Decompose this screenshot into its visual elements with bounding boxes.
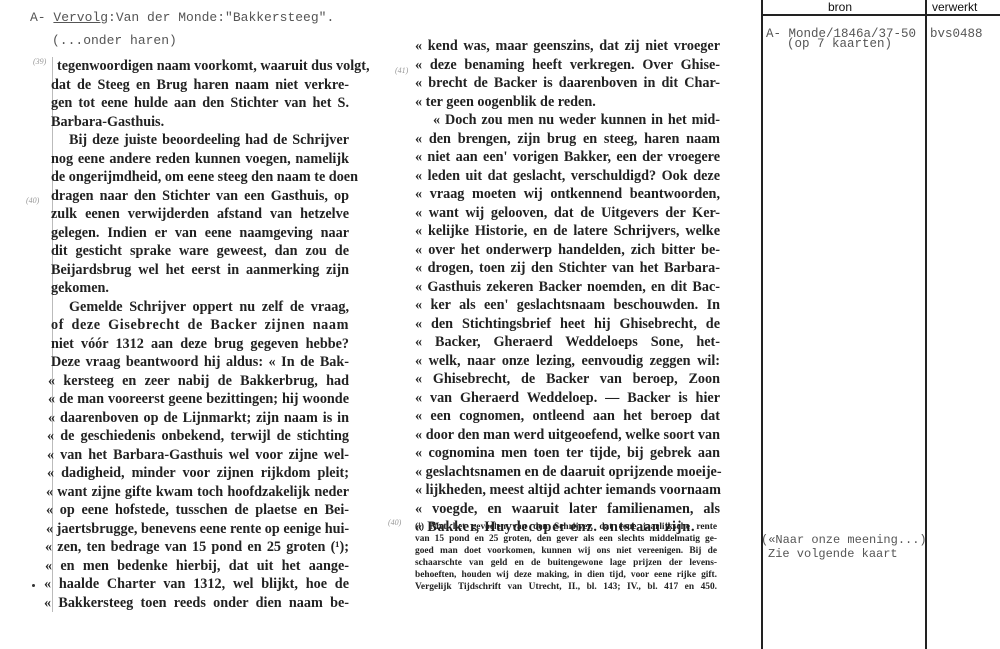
text-line: dit gesticht sprake ware geweest, dan zo…: [51, 242, 349, 261]
scan-speck: [32, 584, 35, 587]
text-line: « jaertsbrugge, benevens eene rente op e…: [46, 520, 349, 539]
text-line: « de man vooreerst geene bezittingen; hi…: [48, 390, 349, 409]
bron-card-count: (op 7 kaarten): [787, 39, 892, 50]
title-vervolg: Vervolg: [53, 10, 108, 25]
text-line: Barbara-Gasthuis.: [51, 113, 349, 132]
text-line: Gemelde Schrijver oppert nu zelf de vraa…: [51, 298, 349, 317]
text-line: « van Gheraerd Weddeloep. — Backer is hi…: [415, 389, 720, 408]
table-divider-right: [925, 0, 927, 649]
continuation-note: («Naar onze meening...): [761, 533, 927, 547]
text-line: « en men bedenke hierbij, dat uit het aa…: [45, 557, 349, 576]
text-line: Deze vraag beantwoord hij aldus: « In de…: [51, 353, 349, 372]
text-line: Bij deze juiste beoordeeling had de Schr…: [51, 131, 349, 150]
text-line: gekomen.: [51, 279, 349, 298]
text-line: « leden uit dat geslacht, verschuldigd? …: [415, 167, 720, 186]
margin-note-41: (41): [395, 66, 408, 75]
text-line: « een cognomen, ontleend aan het beroep …: [415, 407, 720, 426]
text-line: « cognomina men toen ter tijde, bij gebr…: [415, 444, 720, 463]
text-line: nog eene andere reden kunnen voegen, nam…: [51, 150, 349, 169]
see-next-card-note: Zie volgende kaart: [768, 547, 898, 561]
footnote-line: behoeften, houden wij deze making, in di…: [415, 569, 717, 581]
text-line: zulk eenen verwijderden afstand van hetz…: [51, 205, 349, 224]
text-line: of deze Gisebrecht de Backer zijnen naam: [51, 316, 349, 335]
column-header-bron: bron: [828, 0, 852, 14]
margin-note-40-footnote: (40): [388, 518, 401, 527]
text-line: « dadigheid, minder voor zijnen rijkdom …: [47, 464, 349, 483]
text-line: « ter geen oogenblik de reden.: [415, 93, 720, 112]
text-line: niet vóór 1312 aan deze brug gegeven heb…: [51, 335, 349, 354]
text-line: gelegen. Indien er van eene naamgeving n…: [51, 224, 349, 243]
text-line: « niet aan een' vorigen Bakker, een der …: [415, 148, 720, 167]
text-line: « want wij gelooven, dat de Uitgevers de…: [415, 204, 720, 223]
text-line: « den Stichtingsbrief heet hij Ghisebrec…: [415, 315, 720, 334]
text-line: « daarenboven op de Lijnmarkt; zijn naam…: [48, 409, 349, 428]
text-line: « geslachtsnamen en de daaruit oprijzend…: [415, 463, 720, 482]
footnote-line: schaarschte van geld en de buitengewone …: [415, 557, 717, 569]
text-line: « drogen, toen zij den Stichter van het …: [415, 259, 720, 278]
text-line: « Bakkersteeg toen reeds onder dien naam…: [44, 594, 349, 613]
text-line: « den brengen, zijn brug en steeg, haren…: [415, 130, 720, 149]
text-line: « Ghisebrecht, de Backer van beroep, Zoo…: [415, 370, 720, 389]
table-header-line: [762, 14, 1000, 16]
text-line: « brecht de Backer is daarenboven in dit…: [415, 74, 720, 93]
text-line: dragen naar den Stichter van een Gasthui…: [51, 187, 349, 206]
text-line: « voegde, en waaruit later familienamen,…: [415, 500, 720, 519]
text-line: « van het Barbara-Gasthuis wel voor zijn…: [47, 446, 349, 465]
text-line: « door den man werd uitgeoefend, welke s…: [415, 426, 720, 445]
text-line: « Doch zou men nu weder kunnen in het mi…: [415, 111, 720, 130]
card-title: A- Vervolg:Van der Monde:"Bakkersteeg".: [30, 10, 334, 25]
footnote-line: goed man doet voorkomen, kunnen wij ons …: [415, 545, 717, 557]
text-line: « Backer, Gheraerd Weddeloeps Sone, het-: [415, 333, 720, 352]
text-line: tegenwoordigen naam voorkomt, waaruit du…: [51, 57, 349, 76]
title-text: :Van der Monde:"Bakkersteeg".: [108, 10, 334, 25]
margin-note-40: (40): [26, 196, 39, 205]
table-divider-left: [761, 0, 763, 649]
title-prefix: A-: [30, 10, 53, 25]
scan-left-column: tegenwoordigen naam voorkomt, waaruit du…: [52, 57, 349, 612]
text-line: gen tot eene hulde aan den Stichter van …: [51, 94, 349, 113]
text-line: « over het onderwerp handelden, zich bit…: [415, 241, 720, 260]
text-line: « zen, ten bedrage van 15 pond en 25 gro…: [45, 538, 349, 557]
text-line: « lijkheden, meest altijd achter iemands…: [415, 481, 720, 500]
text-line: « haalde Charter van 1312, wel blijkt, h…: [44, 575, 349, 594]
text-line: « ker als een' geslachtsnaam beschouwden…: [415, 296, 720, 315]
text-line: « deze benaming heeft verkregen. Over Gh…: [415, 56, 720, 75]
text-line: « de geschiedenis onbekend, terwijl de s…: [47, 427, 349, 446]
text-line: de ongerijmdheid, om eene steeg den naam…: [51, 168, 349, 187]
text-line: dat de Steeg en Brug haren naam niet ver…: [51, 76, 349, 95]
text-line: « vraag moeten wij ontkennend beantwoord…: [415, 185, 720, 204]
footnote-line: van 15 pond en 25 groten, den gever als …: [415, 533, 717, 545]
footnote-line: (¹) Met het gevoelen van den Schrijver, …: [415, 521, 717, 533]
text-line: « op eene hofstede, tusschen de plaetse …: [46, 501, 349, 520]
text-line: « Gasthuis zekeren Backer noemden, en di…: [415, 278, 720, 297]
text-line: « kelijke Historie, en de latere Schrijv…: [415, 222, 720, 241]
footnote: (¹) Met het gevoelen van den Schrijver, …: [415, 521, 717, 593]
text-line: « kend was, maar geenszins, dat zij niet…: [415, 37, 720, 56]
text-line: « kersteeg en zeer nabij de Bakkerbrug, …: [48, 372, 349, 391]
text-line: « welk, naar onze lezing, eenvoudig zegg…: [415, 352, 720, 371]
column-header-verwerkt: verwerkt: [932, 0, 977, 14]
text-line: Beijardsbrug wel het eerst in aanmerking…: [51, 261, 349, 280]
card-subtitle: (...onder haren): [52, 33, 177, 48]
scan-middle-column: « kend was, maar geenszins, dat zij niet…: [415, 37, 720, 537]
footnote-line: Vergelijk Tijdschrift van Utrecht, II., …: [415, 581, 717, 593]
verwerkt-code: bvs0488: [930, 29, 983, 40]
text-line: « want zijne gifte kwam toch hoofdzakeli…: [46, 483, 349, 502]
margin-note-39: (39): [33, 57, 46, 66]
